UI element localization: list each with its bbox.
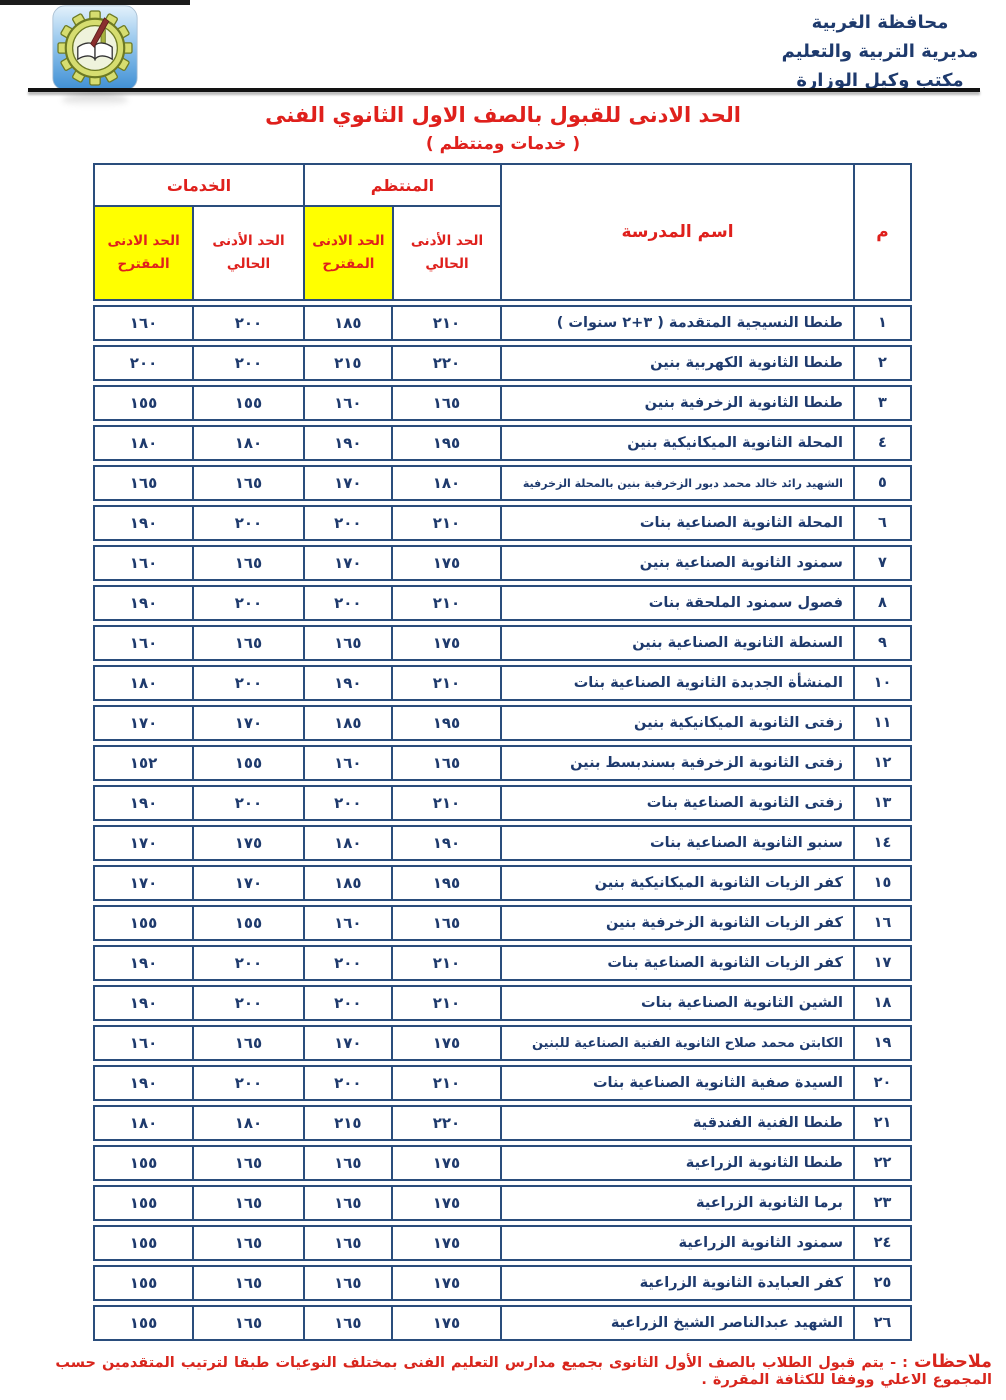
row-serial: ٢	[853, 347, 910, 379]
regular-current-min: ٢١٠	[391, 947, 500, 979]
services-proposed-min: ٢٠٠	[95, 347, 192, 379]
services-proposed-min: ١٥٥	[95, 387, 192, 419]
services-proposed-min: ١٦٠	[95, 307, 192, 339]
regular-proposed-min: ١٨٥	[303, 707, 391, 739]
footer-note-text: : - يتم قبول الطلاب بالصف الأول الثانوى …	[55, 1355, 992, 1388]
row-serial: ٢٣	[853, 1187, 910, 1219]
services-current-min: ١٦٥	[192, 1027, 303, 1059]
header-regular-label: المنتظم	[305, 165, 500, 207]
table-row: ١٧ كفر الزيات الثانوية الصناعية بنات ٢١٠…	[93, 945, 912, 981]
services-proposed-min: ١٩٠	[95, 787, 192, 819]
regular-proposed-min: ١٦٠	[303, 747, 391, 779]
table-row: ٧ سمنود الثانوية الصناعية بنين ١٧٥ ١٧٠ ١…	[93, 545, 912, 581]
table-row: ٩ السنطة الثانوية الصناعية بنين ١٧٥ ١٦٥ …	[93, 625, 912, 661]
services-proposed-min: ١٥٢	[95, 747, 192, 779]
services-proposed-min: ١٦٥	[95, 467, 192, 499]
header-services-current: الحد الأدنى الحالي	[192, 207, 303, 299]
regular-proposed-min: ١٦٥	[303, 1147, 391, 1179]
table-header: م اسم المدرسة المنتظم الحد الأدنى الحالي…	[93, 163, 912, 301]
regular-current-min: ١٧٥	[391, 1267, 500, 1299]
header-serial: م	[853, 165, 910, 299]
school-name: كفر الزيات الثانوية الصناعية بنات	[500, 947, 853, 979]
regular-current-min: ١٦٥	[391, 747, 500, 779]
services-proposed-min: ١٥٥	[95, 1307, 192, 1339]
services-current-min: ١٦٥	[192, 1307, 303, 1339]
school-name: كفر الزيات الثانوية الميكانيكية بنين	[500, 867, 853, 899]
school-name: طنطا النسيجية المتقدمة ( ٣+٢ سنوات )	[500, 307, 853, 339]
gear-book-pen-icon	[52, 5, 138, 91]
regular-current-min: ٢١٠	[391, 1067, 500, 1099]
document-subtitle: ( خدمات ومنتظم )	[0, 134, 1006, 154]
services-current-min: ١٦٥	[192, 1267, 303, 1299]
services-current-min: ٢٠٠	[192, 587, 303, 619]
regular-current-min: ٢١٠	[391, 667, 500, 699]
services-current-min: ٢٠٠	[192, 667, 303, 699]
table-row: ٢٠ السيدة صفية الثانوية الصناعية بنات ٢١…	[93, 1065, 912, 1101]
table-row: ٢ طنطا الثانوية الكهربية بنين ٢٢٠ ٢١٥ ٢٠…	[93, 345, 912, 381]
services-proposed-min: ١٦٠	[95, 1027, 192, 1059]
services-proposed-min: ١٥٥	[95, 1227, 192, 1259]
regular-proposed-min: ١٦٥	[303, 627, 391, 659]
header-regular-proposed: الحد الادنى المقترح	[305, 207, 392, 299]
table-row: ٢٦ الشهيد عبدالناصر الشيخ الزراعية ١٧٥ ١…	[93, 1305, 912, 1341]
school-name: سنبو الثانوية الصناعية بنات	[500, 827, 853, 859]
services-proposed-min: ١٨٠	[95, 427, 192, 459]
row-serial: ٢٤	[853, 1227, 910, 1259]
header-divider	[28, 88, 980, 92]
regular-current-min: ١٨٠	[391, 467, 500, 499]
school-name: برما الثانوية الزراعية	[500, 1187, 853, 1219]
table-row: ٢٢ طنطا الثانوية الزراعية ١٧٥ ١٦٥ ١٦٥ ١٥…	[93, 1145, 912, 1181]
min-scores-table: م اسم المدرسة المنتظم الحد الأدنى الحالي…	[93, 163, 912, 1341]
table-row: ١ طنطا النسيجية المتقدمة ( ٣+٢ سنوات ) ٢…	[93, 305, 912, 341]
school-name: طنطا الفنية الفندقية	[500, 1107, 853, 1139]
row-serial: ١٠	[853, 667, 910, 699]
regular-proposed-min: ١٧٠	[303, 1027, 391, 1059]
document-page: محافظة الغربية مديرية التربية والتعليم م…	[0, 0, 1006, 1400]
regular-current-min: ٢١٠	[391, 307, 500, 339]
header-regular-current: الحد الأدنى الحالي	[392, 207, 500, 299]
table-row: ٢٤ سمنود الثانوية الزراعية ١٧٥ ١٦٥ ١٦٥ ١…	[93, 1225, 912, 1261]
services-current-min: ٢٠٠	[192, 787, 303, 819]
row-serial: ٢١	[853, 1107, 910, 1139]
regular-current-min: ١٧٥	[391, 1027, 500, 1059]
school-name: الشهيد رائد خالد محمد دبور الزخرفية بنين…	[500, 467, 853, 499]
regular-proposed-min: ٢٠٠	[303, 947, 391, 979]
row-serial: ١٩	[853, 1027, 910, 1059]
services-proposed-min: ١٥٥	[95, 907, 192, 939]
regular-current-min: ١٧٥	[391, 547, 500, 579]
school-name: كفر الزيات الثانوية الزخرفية بنين	[500, 907, 853, 939]
regular-proposed-min: ٢٠٠	[303, 1067, 391, 1099]
table-row: ٨ فصول سمنود الملحقة بنات ٢١٠ ٢٠٠ ٢٠٠ ١٩…	[93, 585, 912, 621]
services-proposed-min: ١٧٠	[95, 867, 192, 899]
regular-current-min: ١٩٠	[391, 827, 500, 859]
table-row: ١١ زفتى الثانوية الميكانيكية بنين ١٩٥ ١٨…	[93, 705, 912, 741]
directorate-logo	[52, 5, 138, 91]
org-line-governorate: محافظة الغربية	[762, 8, 998, 37]
services-current-min: ١٦٥	[192, 467, 303, 499]
row-serial: ١	[853, 307, 910, 339]
school-name: سمنود الثانوية الزراعية	[500, 1227, 853, 1259]
table-row: ٢٣ برما الثانوية الزراعية ١٧٥ ١٦٥ ١٦٥ ١٥…	[93, 1185, 912, 1221]
regular-proposed-min: ١٩٠	[303, 427, 391, 459]
school-name: المحلة الثانوية الميكانيكية بنين	[500, 427, 853, 459]
regular-proposed-min: ١٨٥	[303, 307, 391, 339]
services-proposed-min: ١٩٠	[95, 947, 192, 979]
school-name: السنطة الثانوية الصناعية بنين	[500, 627, 853, 659]
services-current-min: ١٧٥	[192, 827, 303, 859]
regular-current-min: ١٦٥	[391, 387, 500, 419]
school-name: كفر العبايدة الثانوية الزراعية	[500, 1267, 853, 1299]
services-current-min: ١٥٥	[192, 907, 303, 939]
regular-proposed-min: ١٧٠	[303, 467, 391, 499]
regular-current-min: ١٧٥	[391, 1147, 500, 1179]
school-name: الشهيد عبدالناصر الشيخ الزراعية	[500, 1307, 853, 1339]
table-row: ٦ المحلة الثانوية الصناعية بنات ٢١٠ ٢٠٠ …	[93, 505, 912, 541]
table-row: ١٤ سنبو الثانوية الصناعية بنات ١٩٠ ١٨٠ ١…	[93, 825, 912, 861]
regular-current-min: ٢٢٠	[391, 1107, 500, 1139]
row-serial: ١٨	[853, 987, 910, 1019]
services-current-min: ١٨٠	[192, 1107, 303, 1139]
table-row: ١٠ المنشأة الجديدة الثانوية الصناعية بنا…	[93, 665, 912, 701]
school-name: زفتى الثانوية الصناعية بنات	[500, 787, 853, 819]
table-row: ١٩ الكابتن محمد صلاح الثانوية الفنية الص…	[93, 1025, 912, 1061]
services-current-min: ١٥٥	[192, 387, 303, 419]
row-serial: ١٥	[853, 867, 910, 899]
regular-proposed-min: ١٦٥	[303, 1227, 391, 1259]
org-header: محافظة الغربية مديرية التربية والتعليم م…	[762, 8, 998, 95]
row-serial: ٤	[853, 427, 910, 459]
services-proposed-min: ١٩٠	[95, 507, 192, 539]
footer-note-label: ملاحظات	[914, 1352, 992, 1372]
regular-proposed-min: ٢٠٠	[303, 787, 391, 819]
school-name: الكابتن محمد صلاح الثانوية الفنية الصناع…	[500, 1027, 853, 1059]
school-name: زفتى الثانوية الزخرفية بسندبسط بنين	[500, 747, 853, 779]
services-proposed-min: ١٥٥	[95, 1147, 192, 1179]
services-current-min: ٢٠٠	[192, 1067, 303, 1099]
school-name: طنطا الثانوية الزخرفية بنين	[500, 387, 853, 419]
table-row: ١٢ زفتى الثانوية الزخرفية بسندبسط بنين ١…	[93, 745, 912, 781]
table-row: ٢١ طنطا الفنية الفندقية ٢٢٠ ٢١٥ ١٨٠ ١٨٠	[93, 1105, 912, 1141]
table-row: ٥ الشهيد رائد خالد محمد دبور الزخرفية بن…	[93, 465, 912, 501]
row-serial: ٨	[853, 587, 910, 619]
regular-proposed-min: ١٦٥	[303, 1267, 391, 1299]
table-row: ١٣ زفتى الثانوية الصناعية بنات ٢١٠ ٢٠٠ ٢…	[93, 785, 912, 821]
document-title: الحد الادنى للقبول بالصف الاول الثانوي ا…	[0, 103, 1006, 127]
header-school-name: اسم المدرسة	[500, 165, 853, 299]
regular-current-min: ١٩٥	[391, 867, 500, 899]
table-row: ٣ طنطا الثانوية الزخرفية بنين ١٦٥ ١٦٠ ١٥…	[93, 385, 912, 421]
table-body: ١ طنطا النسيجية المتقدمة ( ٣+٢ سنوات ) ٢…	[93, 305, 912, 1341]
regular-current-min: ١٧٥	[391, 1307, 500, 1339]
school-name: سمنود الثانوية الصناعية بنين	[500, 547, 853, 579]
row-serial: ٢٠	[853, 1067, 910, 1099]
services-proposed-min: ١٩٠	[95, 587, 192, 619]
header-group-regular: المنتظم الحد الأدنى الحالي الحد الادنى ا…	[303, 165, 500, 299]
row-serial: ٩	[853, 627, 910, 659]
row-serial: ١٣	[853, 787, 910, 819]
school-name: المنشأة الجديدة الثانوية الصناعية بنات	[500, 667, 853, 699]
services-proposed-min: ١٦٠	[95, 627, 192, 659]
row-serial: ٦	[853, 507, 910, 539]
school-name: فصول سمنود الملحقة بنات	[500, 587, 853, 619]
services-current-min: ١٦٥	[192, 627, 303, 659]
row-serial: ٥	[853, 467, 910, 499]
services-current-min: ١٧٠	[192, 707, 303, 739]
services-proposed-min: ١٧٠	[95, 827, 192, 859]
regular-current-min: ١٩٥	[391, 427, 500, 459]
services-proposed-min: ١٩٠	[95, 987, 192, 1019]
regular-proposed-min: ٢١٥	[303, 347, 391, 379]
regular-proposed-min: ١٦٠	[303, 387, 391, 419]
regular-proposed-min: ١٧٠	[303, 547, 391, 579]
services-current-min: ٢٠٠	[192, 347, 303, 379]
regular-proposed-min: ١٩٠	[303, 667, 391, 699]
row-serial: ١٤	[853, 827, 910, 859]
regular-current-min: ٢٢٠	[391, 347, 500, 379]
services-proposed-min: ١٥٥	[95, 1187, 192, 1219]
school-name: طنطا الثانوية الزراعية	[500, 1147, 853, 1179]
table-row: ١٥ كفر الزيات الثانوية الميكانيكية بنين …	[93, 865, 912, 901]
table-row: ١٨ الشين الثانوية الصناعية بنات ٢١٠ ٢٠٠ …	[93, 985, 912, 1021]
regular-current-min: ٢١٠	[391, 587, 500, 619]
services-current-min: ٢٠٠	[192, 307, 303, 339]
row-serial: ٢٢	[853, 1147, 910, 1179]
regular-current-min: ٢١٠	[391, 507, 500, 539]
row-serial: ٢٥	[853, 1267, 910, 1299]
regular-proposed-min: ٢٠٠	[303, 507, 391, 539]
services-current-min: ١٦٥	[192, 1227, 303, 1259]
services-current-min: ١٦٥	[192, 1187, 303, 1219]
services-current-min: ١٥٥	[192, 747, 303, 779]
regular-current-min: ٢١٠	[391, 787, 500, 819]
regular-proposed-min: ٢٠٠	[303, 587, 391, 619]
table-row: ٢٥ كفر العبايدة الثانوية الزراعية ١٧٥ ١٦…	[93, 1265, 912, 1301]
services-proposed-min: ١٨٠	[95, 1107, 192, 1139]
services-current-min: ١٨٠	[192, 427, 303, 459]
row-serial: ١٧	[853, 947, 910, 979]
regular-current-min: ١٦٥	[391, 907, 500, 939]
services-proposed-min: ١٥٥	[95, 1267, 192, 1299]
row-serial: ١١	[853, 707, 910, 739]
services-proposed-min: ١٦٠	[95, 547, 192, 579]
regular-proposed-min: ١٦٠	[303, 907, 391, 939]
regular-proposed-min: ١٨٠	[303, 827, 391, 859]
regular-proposed-min: ٢٠٠	[303, 987, 391, 1019]
regular-current-min: ١٧٥	[391, 1187, 500, 1219]
regular-current-min: ١٧٥	[391, 627, 500, 659]
regular-proposed-min: ١٨٥	[303, 867, 391, 899]
services-proposed-min: ١٨٠	[95, 667, 192, 699]
row-serial: ٢٦	[853, 1307, 910, 1339]
header-group-services: الخدمات الحد الأدنى الحالي الحد الادنى ا…	[95, 165, 303, 299]
services-proposed-min: ١٧٠	[95, 707, 192, 739]
school-name: زفتى الثانوية الميكانيكية بنين	[500, 707, 853, 739]
school-name: المحلة الثانوية الصناعية بنات	[500, 507, 853, 539]
header-services-label: الخدمات	[95, 165, 303, 207]
row-serial: ٣	[853, 387, 910, 419]
services-current-min: ٢٠٠	[192, 947, 303, 979]
org-line-directorate: مديرية التربية والتعليم	[762, 37, 998, 66]
regular-current-min: ١٩٥	[391, 707, 500, 739]
services-current-min: ٢٠٠	[192, 507, 303, 539]
services-current-min: ١٦٥	[192, 1147, 303, 1179]
regular-current-min: ٢١٠	[391, 987, 500, 1019]
regular-proposed-min: ١٦٥	[303, 1187, 391, 1219]
school-name: الشين الثانوية الصناعية بنات	[500, 987, 853, 1019]
regular-proposed-min: ٢١٥	[303, 1107, 391, 1139]
row-serial: ٧	[853, 547, 910, 579]
header-services-proposed: الحد الادنى المقترح	[95, 207, 192, 299]
table-row: ١٦ كفر الزيات الثانوية الزخرفية بنين ١٦٥…	[93, 905, 912, 941]
services-current-min: ٢٠٠	[192, 987, 303, 1019]
regular-current-min: ١٧٥	[391, 1227, 500, 1259]
services-current-min: ١٦٥	[192, 547, 303, 579]
services-current-min: ١٧٠	[192, 867, 303, 899]
services-proposed-min: ١٩٠	[95, 1067, 192, 1099]
school-name: السيدة صفية الثانوية الصناعية بنات	[500, 1067, 853, 1099]
footer-note: ملاحظات : - يتم قبول الطلاب بالصف الأول …	[30, 1352, 992, 1388]
row-serial: ١٢	[853, 747, 910, 779]
table-row: ٤ المحلة الثانوية الميكانيكية بنين ١٩٥ ١…	[93, 425, 912, 461]
row-serial: ١٦	[853, 907, 910, 939]
school-name: طنطا الثانوية الكهربية بنين	[500, 347, 853, 379]
regular-proposed-min: ١٦٥	[303, 1307, 391, 1339]
